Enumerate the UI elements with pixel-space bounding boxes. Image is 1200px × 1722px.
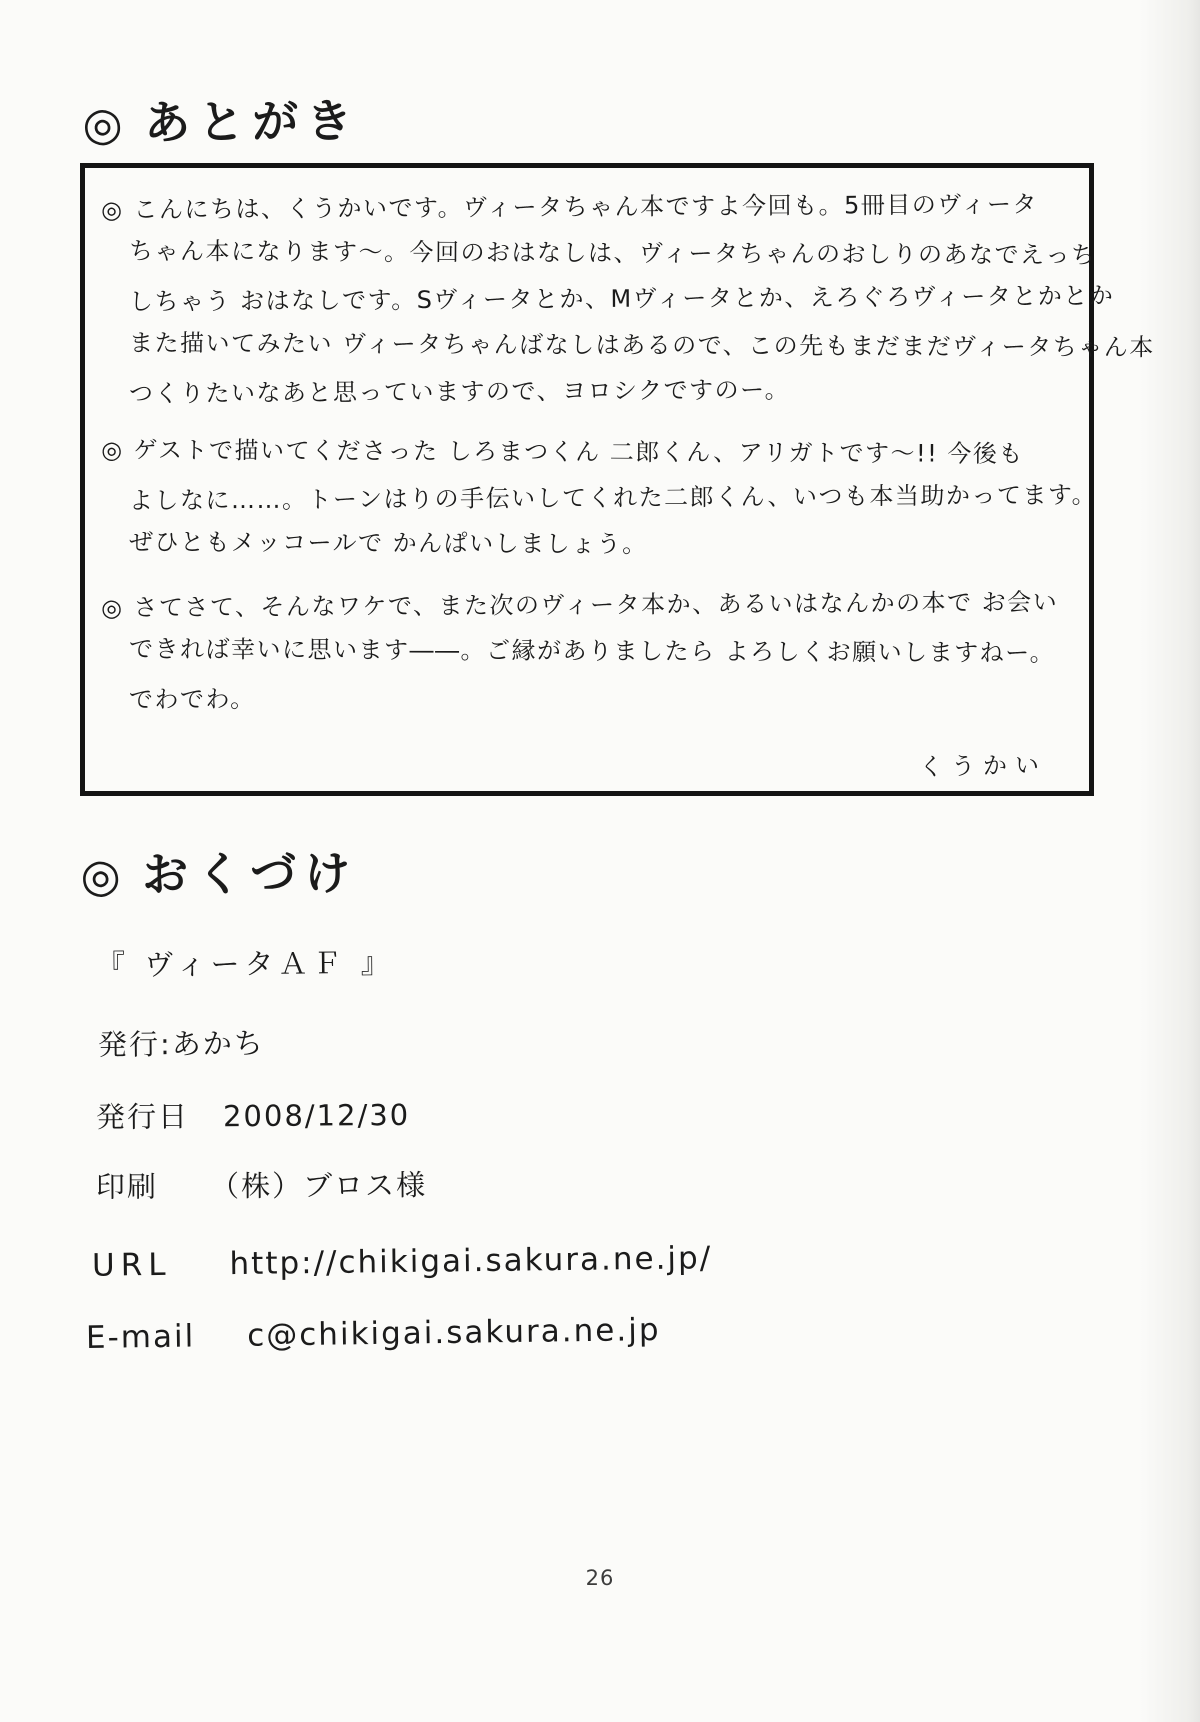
email-value: c@chikigai.sakura.ne.jp	[247, 1312, 661, 1354]
scanned-page: ◎あとがき ◎こんにちは、くうかいです。ヴィータちゃん本ですよ今回も。5冊目のヴ…	[0, 0, 1200, 1722]
spiral-icon: ◎	[77, 845, 131, 904]
spiral-icon: ◎	[99, 426, 125, 474]
afterword-line: でわでわ。	[101, 671, 1071, 723]
afterword-box: ◎こんにちは、くうかいです。ヴィータちゃん本ですよ今回も。5冊目のヴィータ ちゃ…	[80, 163, 1094, 796]
publish-date-row: 発行日2008/12/30	[96, 1093, 410, 1136]
afterword-line-text: ゲストで描いてくださった しろまつくん 二郎くん、アリガトです〜!! 今後も	[133, 436, 1024, 468]
afterword-line: つくりたいなあと思っていますので、ヨロシクですのー。	[101, 365, 1071, 417]
afterword-line: よしなに……。トーンはりの手伝いしてくれた二郎くん、いつも本当助かってます。	[101, 472, 1071, 524]
colophon-title: ◎おくづけ	[80, 837, 359, 905]
afterword-line: できれば幸いに思います――。ご縁がありましたら よろしくお願いしますねー。	[101, 626, 1071, 676]
afterword-title: ◎あとがき	[82, 85, 361, 154]
website-row: URLhttp://chikigai.sakura.ne.jp/	[92, 1240, 713, 1284]
afterword-title-text: あとがき	[144, 94, 361, 150]
afterword-line: ちゃん本になります〜。今回のおはなしは、ヴィータちゃんのおしりのあなでえっち	[101, 228, 1071, 278]
author-signature: くうかい	[919, 745, 1048, 782]
colophon-title-text: おくづけ	[142, 846, 358, 902]
url-label: URL	[92, 1247, 172, 1284]
email-label: E-mail	[86, 1318, 196, 1356]
afterword-line: ぜひともメッコールで かんぱいしましょう。	[101, 519, 1071, 569]
spiral-icon: ◎	[99, 584, 126, 632]
url-value: http://chikigai.sakura.ne.jp/	[229, 1240, 712, 1282]
afterword-paragraph: ◎こんにちは、くうかいです。ヴィータちゃん本ですよ今回も。5冊目のヴィータ ちゃ…	[101, 184, 1071, 414]
afterword-paragraph: ◎ゲストで描いてくださった しろまつくん 二郎くん、アリガトです〜!! 今後も …	[101, 429, 1071, 567]
book-title: 『 ヴィータＡＦ 』	[96, 941, 395, 985]
spiral-icon: ◎	[99, 186, 126, 234]
afterword-line: ◎さてさて、そんなワケで、また次のヴィータ本か、あるいはなんかの本で お会い	[101, 579, 1071, 631]
printer-row: 印刷（株）ブロス様	[96, 1163, 427, 1206]
publisher-row: 発行:あかち	[98, 1021, 265, 1064]
afterword-line: ◎ゲストで描いてくださった しろまつくん 二郎くん、アリガトです〜!! 今後も	[101, 427, 1071, 477]
afterword-line: また描いてみたい ヴィータちゃんばなしはあるので、この先もまだまだヴィータちゃん…	[101, 320, 1071, 370]
afterword-line: しちゃう おはなしです。Sヴィータとか、Mヴィータとか、えろぐろヴィータとかとか	[101, 273, 1071, 325]
publish-date-value: 2008/12/30	[223, 1098, 410, 1133]
publisher-value: あかち	[172, 1026, 265, 1061]
afterword-line: ◎こんにちは、くうかいです。ヴィータちゃん本ですよ今回も。5冊目のヴィータ	[101, 181, 1071, 233]
printer-value: （株）ブロス様	[210, 1168, 427, 1203]
publish-date-label: 発行日	[96, 1094, 189, 1136]
printer-label: 印刷	[96, 1165, 158, 1206]
afterword-line-text: さてさて、そんなワケで、また次のヴィータ本か、あるいはなんかの本で お会い	[133, 588, 1058, 622]
email-row: E-mailc@chikigai.sakura.ne.jp	[86, 1312, 661, 1356]
page-number: 26	[0, 1566, 1200, 1590]
afterword-line-text: こんにちは、くうかいです。ヴィータちゃん本ですよ今回も。5冊目のヴィータ	[133, 190, 1038, 224]
afterword-paragraph: ◎さてさて、そんなワケで、また次のヴィータ本か、あるいはなんかの本で お会い で…	[101, 582, 1071, 720]
publisher-label: 発行:	[98, 1022, 172, 1064]
spiral-icon: ◎	[79, 94, 133, 153]
